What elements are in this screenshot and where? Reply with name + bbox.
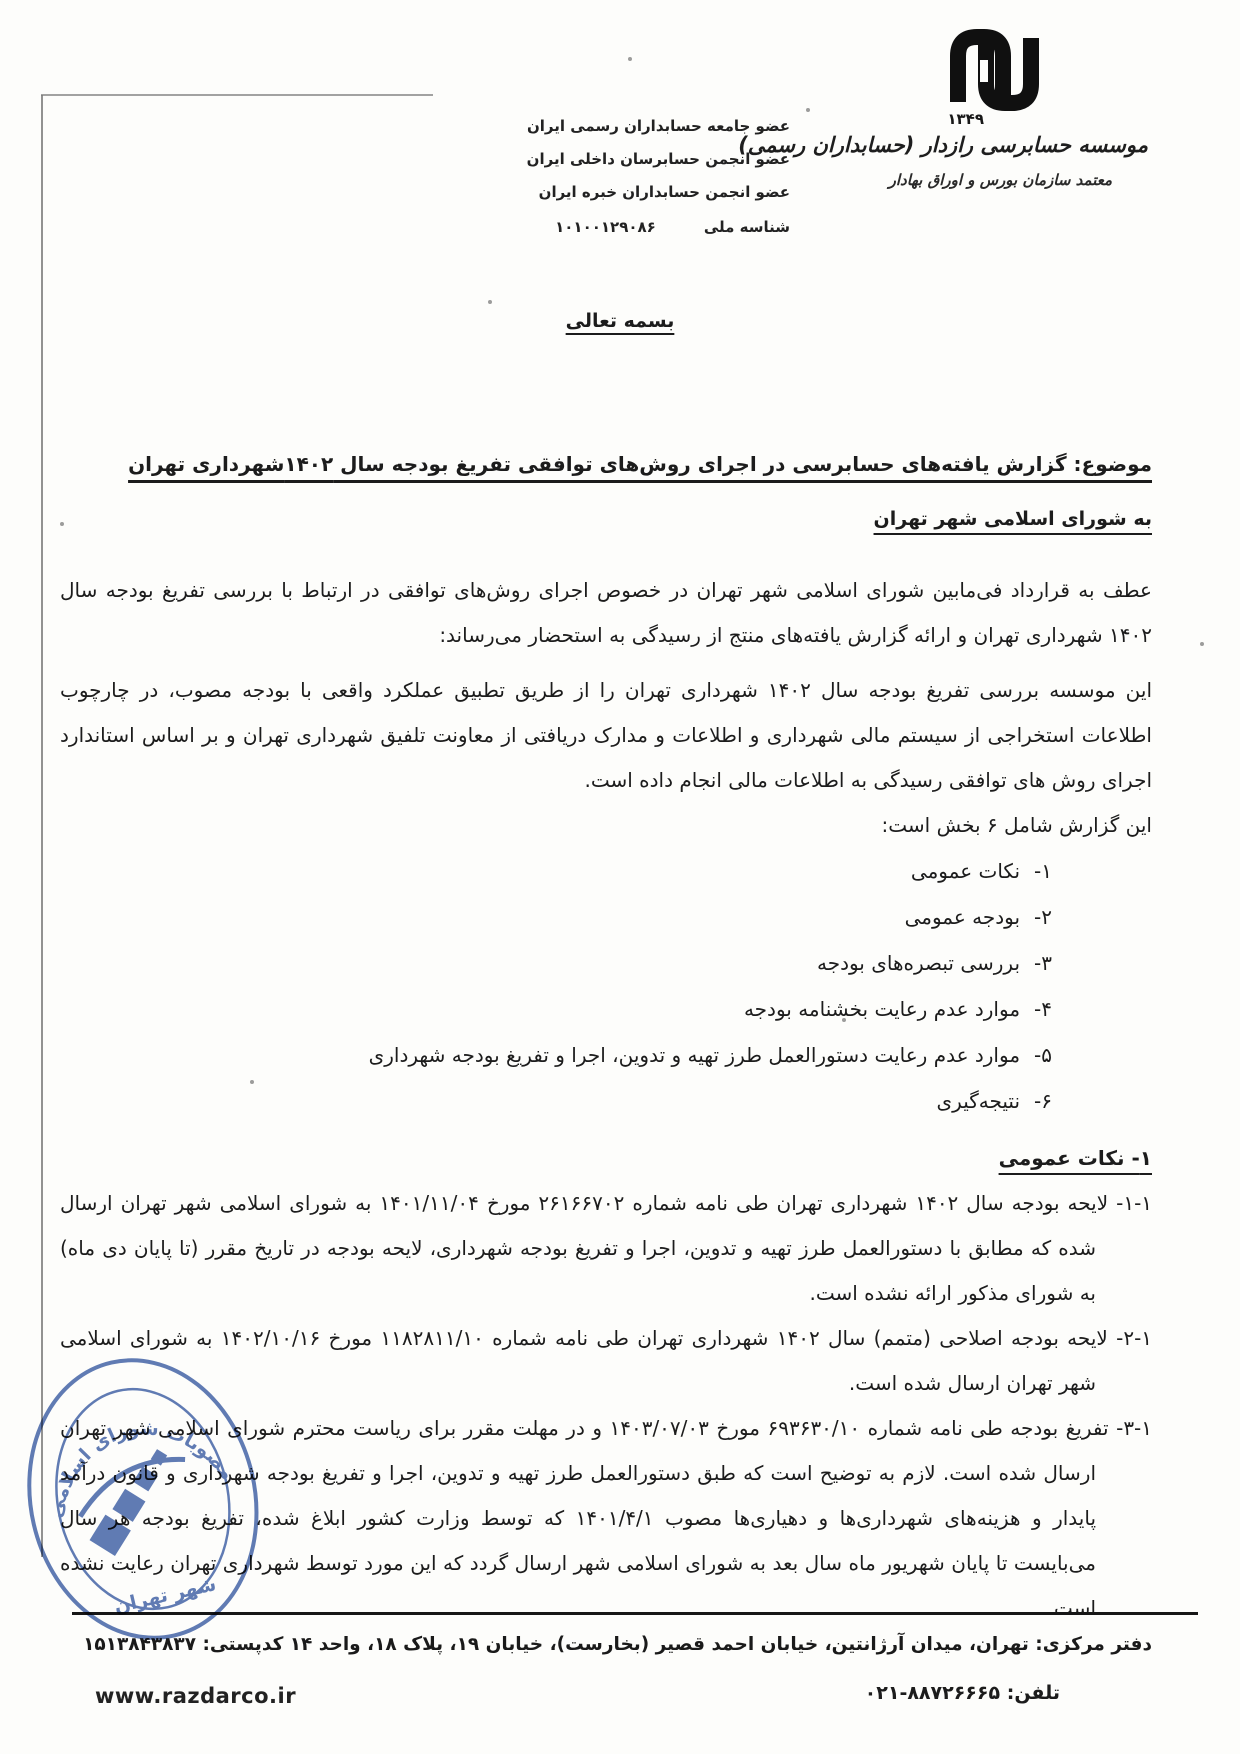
footer-phone: تلفن: ۸۸۷۲۶۶۶۵-۰۲۱ [865, 1682, 1060, 1704]
firm-subtitle: معتمد سازمان بورس و اوراق بهادار [889, 171, 1112, 189]
national-id-row: شناسه ملی ۱۰۱۰۰۱۲۹۰۸۶ [527, 211, 790, 244]
phone-number: ۸۸۷۲۶۶۶۵-۰۲۱ [865, 1682, 1000, 1704]
razdar-logo-icon [928, 20, 1058, 120]
section-label: بودجه عمومی [905, 905, 1020, 929]
section-number: ۳- [1034, 951, 1052, 975]
recipient-line: به شورای اسلامی شهر تهران [874, 497, 1152, 542]
section-item: ۱-نکات عمومی [60, 848, 1052, 894]
intro-paragraph: عطف به قرارداد فی‌مابین شورای اسلامی شهر… [60, 568, 1152, 658]
firm-name: موسسه حسابرسی رازدار (حسابداران رسمی) [738, 133, 1148, 157]
footer-website: www.razdarco.ir [95, 1684, 296, 1708]
section-number: ۵- [1034, 1043, 1052, 1067]
scan-speck [628, 57, 632, 61]
national-id-label: شناسه ملی [704, 211, 790, 244]
section-item: ۲-بودجه عمومی [60, 894, 1052, 940]
section-number: ۲- [1034, 905, 1052, 929]
scan-speck [1200, 642, 1204, 646]
scan-speck [60, 522, 64, 526]
section-number: ۶- [1034, 1089, 1052, 1113]
phone-label: تلفن: [1007, 1682, 1060, 1704]
note-item-1: ۱-۱- لایحه بودجه سال ۱۴۰۲ شهرداری تهران … [60, 1181, 1152, 1316]
scanned-letter-page: عضو جامعه حسابداران رسمی ایران عضو انجمن… [0, 0, 1240, 1754]
scan-speck [842, 1018, 846, 1022]
section-item: ۳-بررسی تبصره‌های بودجه [60, 940, 1052, 986]
section-item: ۶-نتیجه‌گیری [60, 1078, 1052, 1124]
section-item: ۴-موارد عدم رعایت بخشنامه بودجه [60, 986, 1052, 1032]
scan-speck [488, 300, 492, 304]
logo-founding-year: ۱۳۴۹ [947, 110, 984, 128]
section-label: نتیجه‌گیری [937, 1089, 1021, 1113]
scan-speck [806, 108, 810, 112]
section-number: ۱- [1034, 859, 1052, 883]
page-frame-horizontal-line [41, 94, 433, 96]
subject-line: موضوع: گزارش یافته‌های حسابرسی در اجرای … [60, 442, 1152, 487]
report-sections-list: ۱-نکات عمومی ۲-بودجه عمومی ۳-بررسی تبصره… [60, 848, 1152, 1124]
stamp-bottom-text: شهر تهران [112, 1573, 218, 1618]
item-text: لایحه بودجه سال ۱۴۰۲ شهرداری تهران طی نا… [60, 1191, 1108, 1305]
section-label: نکات عمومی [911, 859, 1020, 883]
besmellah-heading: بسمه تعالی [0, 310, 1240, 332]
method-paragraph: این موسسه بررسی تفریغ بودجه سال ۱۴۰۲ شهر… [60, 668, 1152, 803]
section-label: موارد عدم رعایت دستورالعمل طرز تهیه و تد… [369, 1043, 1020, 1067]
item-number: ۳-۱- [1116, 1416, 1152, 1440]
section-item: ۵-موارد عدم رعایت دستورالعمل طرز تهیه و … [60, 1032, 1052, 1078]
general-notes-heading: ۱- نکات عمومی [999, 1136, 1152, 1181]
besmellah-text: بسمه تعالی [566, 310, 675, 332]
national-id-value: ۱۰۱۰۰۱۲۹۰۸۶ [555, 211, 656, 244]
item-number: ۱-۱- [1116, 1191, 1152, 1215]
section-label: موارد عدم رعایت بخشنامه بودجه [744, 997, 1020, 1021]
sections-lead: این گزارش شامل ۶ بخش است: [60, 803, 1152, 848]
stamp-outer-ring [2, 1337, 283, 1660]
scan-speck [250, 1080, 254, 1084]
section-label: بررسی تبصره‌های بودجه [817, 951, 1020, 975]
membership-line: عضو انجمن حسابداران خبره ایران [527, 176, 790, 209]
letterhead-memberships: عضو جامعه حسابداران رسمی ایران عضو انجمن… [527, 110, 790, 244]
section-number: ۴- [1034, 997, 1052, 1021]
item-number: ۲-۱- [1116, 1326, 1152, 1350]
